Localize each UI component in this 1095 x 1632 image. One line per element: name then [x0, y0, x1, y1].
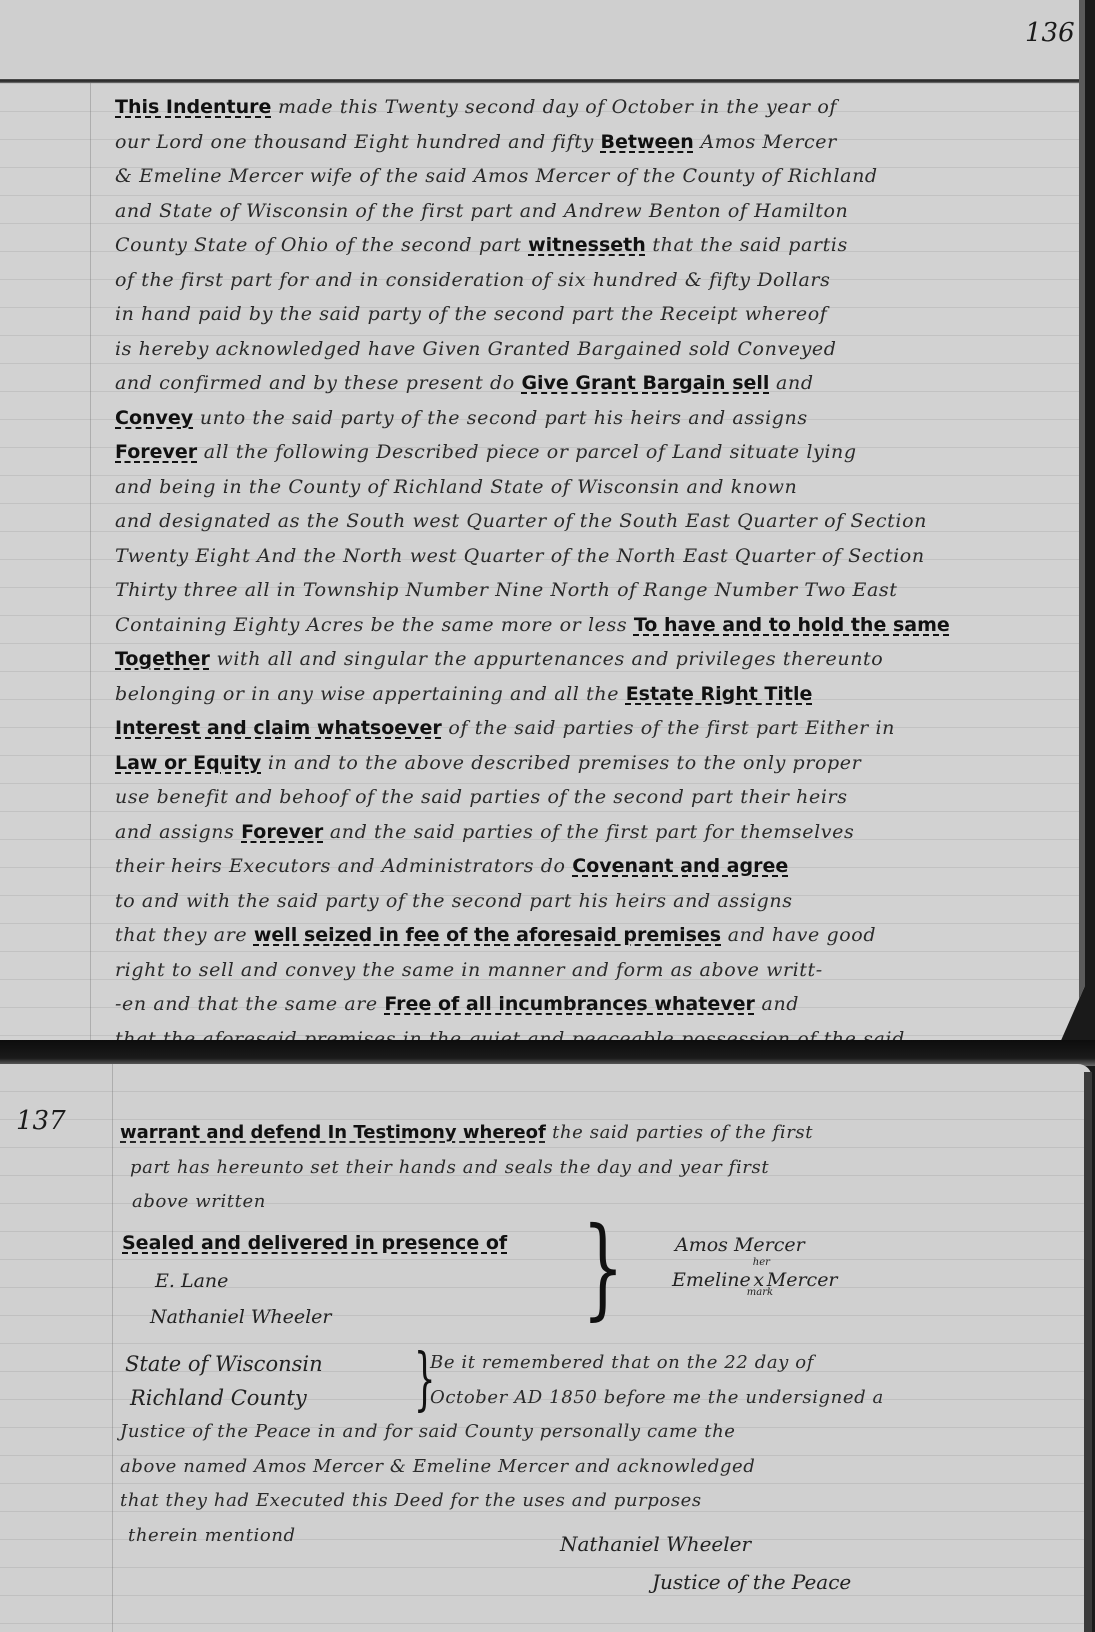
text-line: to and with the said party of the second… — [115, 884, 950, 919]
text-line: and State of Wisconsin of the first part… — [115, 194, 950, 229]
emphasized-phrase: Covenant and agree — [572, 855, 788, 877]
text-run: right to sell and convey the same in man… — [115, 959, 823, 981]
text-line: and being in the County of Richland Stat… — [115, 470, 950, 505]
text-run: part has hereunto set their hands and se… — [130, 1157, 769, 1178]
text-line: right to sell and convey the same in man… — [115, 953, 950, 988]
emphasized-phrase: This Indenture — [115, 96, 271, 118]
text-run: Twenty Eight And the North west Quarter … — [115, 545, 925, 567]
signatory-last-name: Mercer — [767, 1269, 838, 1291]
page-fold-shadow — [0, 1040, 1095, 1066]
text-run: unto the said party of the second part h… — [193, 407, 808, 429]
text-run: of the first part for and in considerati… — [115, 269, 830, 291]
page-right-edge — [1079, 0, 1085, 1060]
witness-heading: Sealed and delivered in presence of — [122, 1232, 507, 1254]
signature-mark: herxmark — [751, 1269, 767, 1291]
emphasized-phrase: warrant and defend In Testimony whereof — [120, 1122, 546, 1143]
text-run: in hand paid by the said party of the se… — [115, 303, 827, 325]
text-line: -en and that the same are Free of all in… — [115, 987, 950, 1022]
ledger-page-137: 137 warrant and defend In Testimony wher… — [0, 1064, 1092, 1632]
left-margin-line — [90, 83, 91, 1063]
text-line: Together with all and singular the appur… — [115, 642, 950, 677]
text-line: and confirmed and by these present do Gi… — [115, 366, 950, 401]
emphasized-phrase: Forever — [241, 821, 323, 843]
page-number: 136 — [1025, 18, 1075, 48]
acknowledgment-line: Be it remembered that on the 22 day of — [120, 1346, 884, 1381]
text-run: and the said parties of the first part f… — [323, 821, 854, 843]
signatory-with-mark: EmelineherxmarkMercer — [672, 1269, 838, 1291]
text-line: Containing Eighty Acres be the same more… — [115, 608, 950, 643]
witness-brace: } — [582, 1212, 624, 1322]
text-run: above written — [132, 1191, 266, 1212]
text-run: is hereby acknowledged have Given Grante… — [115, 338, 837, 360]
emphasized-phrase: Between — [601, 131, 694, 153]
text-run: in and to the above described premises t… — [261, 752, 861, 774]
emphasized-phrase: Estate Right Title — [626, 683, 813, 705]
text-line: Thirty three all in Township Number Nine… — [115, 573, 950, 608]
text-line: This Indenture made this Twenty second d… — [115, 90, 950, 125]
witness-name: Nathaniel Wheeler — [150, 1306, 331, 1328]
text-run: with all and singular the appurtenances … — [210, 648, 883, 670]
deed-body-text: This Indenture made this Twenty second d… — [115, 90, 950, 1125]
text-line: their heirs Executors and Administrators… — [115, 849, 950, 884]
emphasized-phrase: To have and to hold the same — [634, 614, 950, 636]
text-line: and assigns Forever and the said parties… — [115, 815, 950, 850]
ledger-page-136: 136 This Indenture made this Twenty seco… — [0, 0, 1085, 1060]
text-line: of the first part for and in considerati… — [115, 263, 950, 298]
text-line: use benefit and behoof of the said parti… — [115, 780, 950, 815]
text-line: Twenty Eight And the North west Quarter … — [115, 539, 950, 574]
text-line: in hand paid by the said party of the se… — [115, 297, 950, 332]
text-run: our Lord one thousand Eight hundred and … — [115, 131, 601, 153]
text-line: warrant and defend In Testimony whereof … — [120, 1116, 813, 1151]
officer-signature: Nathaniel Wheeler — [560, 1532, 751, 1556]
text-run: that the said partis — [646, 234, 848, 256]
text-run: & Emeline Mercer wife of the said Amos M… — [115, 165, 878, 187]
emphasized-phrase: well seized in fee of the aforesaid prem… — [254, 924, 721, 946]
acknowledgment-line: that they had Executed this Deed for the… — [120, 1484, 884, 1519]
text-line: Law or Equity in and to the above descri… — [115, 746, 950, 781]
text-line: & Emeline Mercer wife of the said Amos M… — [115, 159, 950, 194]
text-run: and — [769, 372, 813, 394]
text-run: belonging or in any wise appertaining an… — [115, 683, 626, 705]
emphasized-phrase: Forever — [115, 441, 197, 463]
text-line: belonging or in any wise appertaining an… — [115, 677, 950, 712]
emphasized-phrase: Interest and claim whatsoever — [115, 717, 442, 739]
testimonium-text: warrant and defend In Testimony whereof … — [120, 1116, 813, 1220]
witness-name: E. Lane — [155, 1270, 228, 1292]
emphasized-phrase: Convey — [115, 407, 193, 429]
text-run: and designated as the South west Quarter… — [115, 510, 927, 532]
acknowledgment-line: above named Amos Mercer & Emeline Mercer… — [120, 1450, 884, 1485]
signatory-name: Amos Mercer — [675, 1234, 805, 1256]
text-line: is hereby acknowledged have Given Grante… — [115, 332, 950, 367]
text-line: our Lord one thousand Eight hundred and … — [115, 125, 950, 160]
emphasized-phrase: Give Grant Bargain sell — [521, 372, 769, 394]
text-run: and being in the County of Richland Stat… — [115, 476, 797, 498]
text-line: part has hereunto set their hands and se… — [120, 1151, 813, 1186]
text-run: all the following Described piece or par… — [197, 441, 856, 463]
left-margin-line — [112, 1064, 113, 1632]
text-line: that they are well seized in fee of the … — [115, 918, 950, 953]
emphasized-phrase: Together — [115, 648, 210, 670]
text-run: and — [755, 993, 799, 1015]
text-run: that they are — [115, 924, 254, 946]
text-run: County State of Ohio of the second part — [115, 234, 528, 256]
text-line: Convey unto the said party of the second… — [115, 401, 950, 436]
text-run: and State of Wisconsin of the first part… — [115, 200, 848, 222]
signatory-first-name: Emeline — [672, 1269, 751, 1291]
officer-title: Justice of the Peace — [652, 1570, 851, 1594]
acknowledgment-line: Justice of the Peace in and for said Cou… — [120, 1415, 884, 1450]
acknowledgment-line: therein mentiond — [120, 1519, 884, 1554]
text-run: to and with the said party of the second… — [115, 890, 793, 912]
top-rule-line — [0, 79, 1085, 83]
page-number: 137 — [16, 1106, 66, 1136]
emphasized-phrase: witnesseth — [528, 234, 646, 256]
text-run: -en and that the same are — [115, 993, 384, 1015]
text-run: and assigns — [115, 821, 241, 843]
text-run: use benefit and behoof of the said parti… — [115, 786, 848, 808]
acknowledgment-text: Be it remembered that on the 22 day ofOc… — [120, 1346, 884, 1553]
text-line: and designated as the South west Quarter… — [115, 504, 950, 539]
text-line: above written — [120, 1185, 813, 1220]
text-run: Containing Eighty Acres be the same more… — [115, 614, 634, 636]
text-run: and confirmed and by these present do — [115, 372, 521, 394]
emphasized-phrase: Law or Equity — [115, 752, 261, 774]
acknowledgment-line: October AD 1850 before me the undersigne… — [120, 1381, 884, 1416]
text-line: Interest and claim whatsoever of the sai… — [115, 711, 950, 746]
text-run: Thirty three all in Township Number Nine… — [115, 579, 898, 601]
text-line: Forever all the following Described piec… — [115, 435, 950, 470]
text-run: made this Twenty second day of October i… — [271, 96, 837, 118]
emphasized-phrase: Free of all incumbrances whatever — [384, 993, 754, 1015]
page-right-edge — [1084, 1072, 1092, 1632]
text-line: County State of Ohio of the second part … — [115, 228, 950, 263]
text-run: of the said parties of the first part Ei… — [442, 717, 895, 739]
text-run: the said parties of the first — [546, 1122, 813, 1143]
text-run: Amos Mercer — [694, 131, 837, 153]
page-header-strip — [0, 0, 1085, 78]
text-run: and have good — [721, 924, 876, 946]
text-run: their heirs Executors and Administrators… — [115, 855, 572, 877]
